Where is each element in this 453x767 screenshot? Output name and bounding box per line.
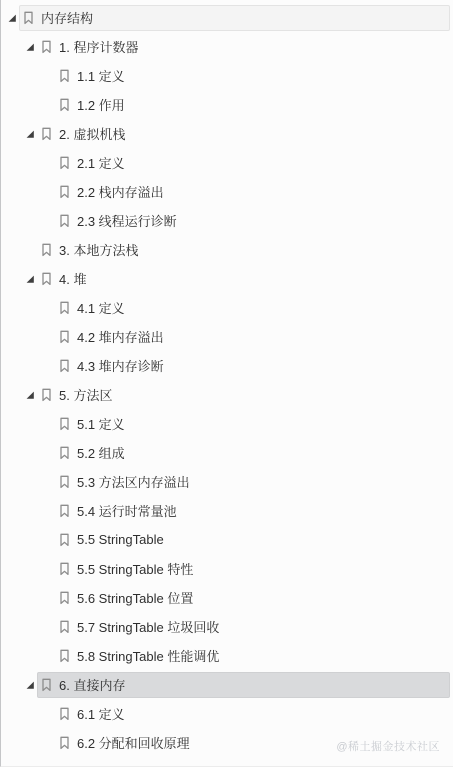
expander-spacer (41, 301, 55, 315)
tree-item-label: 5.7 StringTable 垃圾回收 (77, 617, 219, 636)
tree-item[interactable]: 5.4 运行时常量池 (1, 496, 453, 525)
bookmark-icon (59, 446, 70, 460)
tree-item-body[interactable]: 6. 直接内存 (37, 672, 450, 698)
tree-item-label: 5.3 方法区内存溢出 (77, 472, 190, 491)
bookmark-icon (59, 417, 70, 431)
expander-spacer (41, 446, 55, 460)
bookmark-icon (59, 562, 70, 576)
tree-item-body[interactable]: 1.1 定义 (55, 63, 450, 89)
expander-spacer (41, 330, 55, 344)
expand-collapse-arrow-icon[interactable] (23, 272, 37, 286)
tree-item-body[interactable]: 4.3 堆内存诊断 (55, 353, 450, 379)
bookmark-icon (59, 156, 70, 170)
tree-item-body[interactable]: 5.4 运行时常量池 (55, 498, 450, 524)
bookmark-icon (59, 591, 70, 605)
tree-item-label: 2.3 线程运行诊断 (77, 211, 177, 230)
tree-item[interactable]: 1.2 作用 (1, 90, 453, 119)
tree-item[interactable]: 4. 堆 (1, 264, 453, 293)
expand-collapse-arrow-icon[interactable] (23, 388, 37, 402)
tree-item-label: 4.1 定义 (77, 298, 125, 317)
bookmark-icon (59, 533, 70, 547)
expander-spacer (41, 533, 55, 547)
tree-item[interactable]: 5.3 方法区内存溢出 (1, 467, 453, 496)
tree-item-body[interactable]: 5.2 组成 (55, 440, 450, 466)
expand-collapse-arrow-icon[interactable] (23, 40, 37, 54)
tree-item[interactable]: 1.1 定义 (1, 61, 453, 90)
tree-item[interactable]: 2.1 定义 (1, 148, 453, 177)
expander-spacer (41, 591, 55, 605)
expand-collapse-arrow-icon[interactable] (5, 11, 19, 25)
expander-spacer (41, 185, 55, 199)
tree-item-label: 内存结构 (41, 8, 93, 27)
expander-spacer (41, 620, 55, 634)
bookmark-icon (41, 40, 52, 54)
bookmark-icon (59, 98, 70, 112)
bookmark-icon (59, 69, 70, 83)
tree-item-body[interactable]: 2. 虚拟机栈 (37, 121, 450, 147)
tree-item[interactable]: 5.5 StringTable (1, 525, 453, 554)
tree-item[interactable]: 1. 程序计数器 (1, 32, 453, 61)
tree-item-label: 1. 程序计数器 (59, 37, 138, 56)
bookmark-icon (23, 11, 34, 25)
tree-item-label: 4.3 堆内存诊断 (77, 356, 164, 375)
tree-item[interactable]: 5.7 StringTable 垃圾回收 (1, 612, 453, 641)
bookmark-icon (41, 243, 52, 257)
bookmark-icon (59, 620, 70, 634)
expander-spacer (41, 475, 55, 489)
tree-item-body[interactable]: 5.3 方法区内存溢出 (55, 469, 450, 495)
tree-item[interactable]: 6. 直接内存 (1, 670, 453, 699)
bookmark-icon (41, 127, 52, 141)
tree-item-label: 2.1 定义 (77, 153, 125, 172)
tree-item-body[interactable]: 5.5 StringTable 特性 (55, 556, 450, 582)
bookmark-outline-panel: 内存结构1. 程序计数器1.1 定义1.2 作用2. 虚拟机栈2.1 定义2.2… (0, 0, 453, 767)
bookmark-icon (59, 214, 70, 228)
tree-item-label: 1.1 定义 (77, 66, 125, 85)
tree-item-label: 6.1 定义 (77, 704, 125, 723)
expander-spacer (41, 98, 55, 112)
tree-item[interactable]: 3. 本地方法栈 (1, 235, 453, 264)
bookmark-icon (41, 272, 52, 286)
expander-spacer (41, 69, 55, 83)
tree-item-label: 5.6 StringTable 位置 (77, 588, 193, 607)
tree-item-label: 4.2 堆内存溢出 (77, 327, 164, 346)
tree-item-label: 5. 方法区 (59, 385, 112, 404)
tree-item[interactable]: 4.1 定义 (1, 293, 453, 322)
expander-spacer (41, 562, 55, 576)
tree-item[interactable]: 内存结构 (1, 3, 453, 32)
bookmark-icon (59, 475, 70, 489)
bookmark-icon (59, 330, 70, 344)
tree-item[interactable]: 4.3 堆内存诊断 (1, 351, 453, 380)
expander-spacer (41, 504, 55, 518)
bookmark-tree: 内存结构1. 程序计数器1.1 定义1.2 作用2. 虚拟机栈2.1 定义2.2… (1, 3, 453, 757)
tree-item-label: 5.8 StringTable 性能调优 (77, 646, 219, 665)
tree-item[interactable]: 2.2 栈内存溢出 (1, 177, 453, 206)
tree-item-body[interactable]: 5.1 定义 (55, 411, 450, 437)
tree-item[interactable]: 6.1 定义 (1, 699, 453, 728)
tree-item-body[interactable]: 内存结构 (19, 5, 450, 31)
bookmark-icon (59, 504, 70, 518)
bookmark-icon (59, 649, 70, 663)
tree-item[interactable]: 5.5 StringTable 特性 (1, 554, 453, 583)
tree-item-body[interactable]: 4. 堆 (37, 266, 450, 292)
tree-item-body[interactable]: 5. 方法区 (37, 382, 450, 408)
tree-item[interactable]: 2.3 线程运行诊断 (1, 206, 453, 235)
bookmark-icon (59, 359, 70, 373)
tree-item-body[interactable]: 5.7 StringTable 垃圾回收 (55, 614, 450, 640)
tree-item-body[interactable]: 2.2 栈内存溢出 (55, 179, 450, 205)
tree-item-body[interactable]: 2.1 定义 (55, 150, 450, 176)
bookmark-icon (59, 301, 70, 315)
expand-collapse-arrow-icon[interactable] (23, 127, 37, 141)
expander-spacer (23, 243, 37, 257)
tree-item-label: 5.2 组成 (77, 443, 125, 462)
tree-item-label: 5.5 StringTable (77, 532, 164, 547)
tree-item[interactable]: 5.8 StringTable 性能调优 (1, 641, 453, 670)
expander-spacer (41, 156, 55, 170)
tree-item-body[interactable]: 4.1 定义 (55, 295, 450, 321)
tree-item[interactable]: 5.6 StringTable 位置 (1, 583, 453, 612)
expander-spacer (41, 736, 55, 750)
bookmark-icon (41, 388, 52, 402)
tree-item-body[interactable]: 5.8 StringTable 性能调优 (55, 643, 450, 669)
tree-item-body[interactable]: 6.1 定义 (55, 701, 450, 727)
tree-item-body[interactable]: 1.2 作用 (55, 92, 450, 118)
tree-item-label: 5.1 定义 (77, 414, 125, 433)
watermark-text: @稀土掘金技术社区 (336, 738, 440, 754)
tree-item[interactable]: 5. 方法区 (1, 380, 453, 409)
tree-item-body[interactable]: 4.2 堆内存溢出 (55, 324, 450, 350)
tree-item-label: 2. 虚拟机栈 (59, 124, 125, 143)
tree-item-label: 6.2 分配和回收原理 (77, 733, 190, 752)
expander-spacer (41, 214, 55, 228)
tree-item-label: 2.2 栈内存溢出 (77, 182, 164, 201)
expander-spacer (41, 707, 55, 721)
tree-item-label: 3. 本地方法栈 (59, 240, 138, 259)
bookmark-icon (41, 678, 52, 692)
tree-item[interactable]: 4.2 堆内存溢出 (1, 322, 453, 351)
tree-item-label: 1.2 作用 (77, 95, 125, 114)
tree-item[interactable]: 5.1 定义 (1, 409, 453, 438)
tree-item-body[interactable]: 5.6 StringTable 位置 (55, 585, 450, 611)
tree-item-label: 4. 堆 (59, 269, 86, 288)
expander-spacer (41, 417, 55, 431)
tree-item-body[interactable]: 3. 本地方法栈 (37, 237, 450, 263)
bookmark-icon (59, 707, 70, 721)
tree-item-label: 5.5 StringTable 特性 (77, 559, 193, 578)
bookmark-icon (59, 736, 70, 750)
bookmark-icon (59, 185, 70, 199)
expand-collapse-arrow-icon[interactable] (23, 678, 37, 692)
tree-item-body[interactable]: 5.5 StringTable (55, 527, 450, 553)
tree-item-label: 6. 直接内存 (59, 675, 125, 694)
expander-spacer (41, 359, 55, 373)
tree-item-label: 5.4 运行时常量池 (77, 501, 177, 520)
tree-item[interactable]: 5.2 组成 (1, 438, 453, 467)
expander-spacer (41, 649, 55, 663)
tree-item[interactable]: 2. 虚拟机栈 (1, 119, 453, 148)
tree-item-body[interactable]: 1. 程序计数器 (37, 34, 450, 60)
tree-item-body[interactable]: 2.3 线程运行诊断 (55, 208, 450, 234)
